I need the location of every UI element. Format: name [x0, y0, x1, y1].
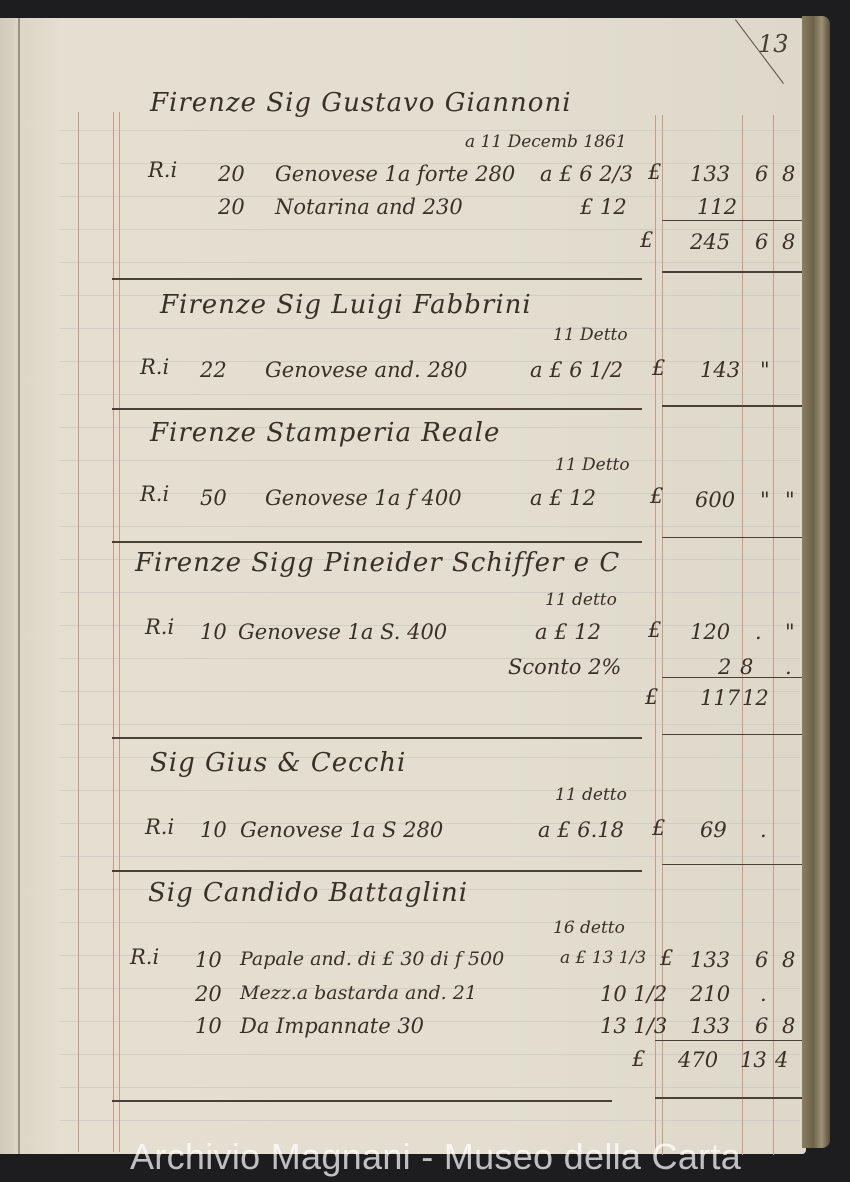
currency-symbol: £: [632, 1047, 645, 1071]
line-cents: 6: [755, 1014, 768, 1038]
line-qty: 10: [195, 1014, 222, 1038]
entry-total-amount: 245: [690, 230, 730, 254]
entry-separator-amount: [662, 271, 802, 273]
line-sub: 8: [782, 162, 795, 186]
entry-total-cents: 13: [740, 1048, 767, 1072]
line-sub: 8: [782, 1014, 795, 1038]
entry-separator-amount: [655, 1097, 802, 1099]
line-cents: ": [760, 358, 770, 382]
entry-header: Firenze Sig Gustavo Giannoni: [150, 88, 572, 118]
entry-date: a 11 Decemb 1861: [465, 132, 627, 152]
line-desc: Genovese 1a S. 400: [238, 620, 447, 644]
line-qty: 20: [218, 162, 245, 186]
entry-separator-amount: [662, 405, 802, 407]
ruled-line: [60, 856, 800, 857]
line-prefix: R.i: [140, 355, 169, 379]
entry-separator-amount: [662, 734, 802, 735]
line-sub: ": [785, 620, 795, 644]
entry-total-sub: 4: [775, 1048, 788, 1072]
entry-date: 11 detto: [555, 785, 627, 805]
line-rate: a £ 6 2/3: [540, 162, 633, 186]
ruled-line: [60, 790, 800, 791]
line-rate: £ 12: [580, 195, 627, 219]
margin-rule-left-2: [113, 112, 114, 1152]
line-amount: 69: [700, 818, 727, 842]
archive-watermark: Archivio Magnani - Museo della Carta: [130, 1136, 741, 1178]
line-prefix: R.i: [130, 945, 159, 969]
line-cents: 6: [755, 162, 768, 186]
subtotal-rule: [655, 1040, 802, 1041]
entry-header: Firenze Stamperia Reale: [150, 418, 500, 448]
line-sub: ": [785, 488, 795, 512]
ruled-line: [60, 1021, 800, 1022]
ruled-line: [60, 691, 800, 692]
entry-total-amount: 470: [678, 1048, 718, 1072]
line-qty: 20: [195, 982, 222, 1006]
line-qty: 20: [218, 195, 245, 219]
line-desc: Genovese 1a S 280: [240, 818, 443, 842]
currency-symbol: £: [660, 946, 673, 970]
line-desc: Genovese 1a f 400: [265, 486, 462, 510]
line-desc: Notarina and 230: [275, 195, 463, 219]
margin-rule-left: [78, 112, 79, 1152]
entry-header: Sig Gius & Cecchi: [150, 748, 406, 778]
line-cents: .: [760, 982, 767, 1006]
ruled-line: [60, 460, 800, 461]
entry-total-sub: 8: [782, 230, 795, 254]
ruled-line: [60, 328, 800, 329]
ruled-line: [60, 262, 800, 263]
currency-symbol: £: [652, 356, 665, 380]
entry-header: Firenze Sig Luigi Fabbrini: [160, 290, 532, 320]
ruled-line: [60, 1120, 800, 1121]
page-edge-stack: [802, 16, 830, 1148]
ruled-line: [60, 724, 800, 725]
entry-date: 11 Detto: [553, 325, 628, 345]
line-prefix: R.i: [145, 815, 174, 839]
entry-separator-amount: [662, 537, 802, 538]
ruled-line: [60, 922, 800, 923]
entry-separator: [112, 737, 642, 739]
entry-separator: [112, 278, 642, 280]
line-desc: Sconto 2%: [508, 655, 621, 679]
entry-separator: [112, 408, 642, 410]
entry-date: 16 detto: [553, 918, 625, 938]
line-amount: 2: [718, 655, 731, 679]
subtotal-rule: [662, 220, 802, 221]
line-amount: 210: [690, 982, 730, 1006]
line-amount: 600: [695, 488, 735, 512]
entry-total-cents: 6: [755, 230, 768, 254]
entry-total-amount: 117: [700, 686, 740, 710]
entry-date: 11 detto: [545, 590, 617, 610]
line-cents: ": [760, 488, 770, 512]
line-rate: a £ 12: [530, 486, 596, 510]
entry-separator: [112, 870, 642, 872]
entry-date: 11 Detto: [555, 455, 630, 475]
line-amount: 133: [690, 162, 730, 186]
line-rate: a £ 6 1/2: [530, 358, 623, 382]
line-cents: .: [760, 818, 767, 842]
ruled-line: [60, 394, 800, 395]
entry-separator-amount: [662, 864, 802, 865]
currency-symbol: £: [645, 685, 658, 709]
line-rate: a £ 12: [535, 620, 601, 644]
line-prefix: R.i: [148, 158, 177, 182]
line-qty: 10: [200, 620, 227, 644]
entry-separator: [112, 541, 642, 543]
line-qty: 50: [200, 486, 227, 510]
line-prefix: R.i: [140, 482, 169, 506]
currency-symbol: £: [650, 484, 663, 508]
line-amount: 143: [700, 358, 740, 382]
entry-header: Sig Candido Battaglini: [148, 878, 468, 908]
line-sub: .: [785, 655, 792, 679]
line-amount: 133: [690, 948, 730, 972]
currency-symbol: £: [648, 618, 661, 642]
line-desc: Papale and. di £ 30 di f 500: [240, 948, 504, 970]
ruled-line: [60, 592, 800, 593]
ruled-line: [60, 658, 800, 659]
entry-total-cents: 12: [742, 686, 769, 710]
line-qty: 10: [195, 948, 222, 972]
line-amount: 120: [690, 620, 730, 644]
line-rate: 10 1/2: [600, 982, 667, 1006]
ruled-line: [60, 229, 800, 230]
line-rate: 13 1/3: [600, 1014, 667, 1038]
line-desc: Mezz.a bastarda and. 21: [240, 982, 477, 1004]
currency-symbol: £: [648, 160, 661, 184]
line-desc: Genovese 1a forte 280: [275, 162, 515, 186]
line-amount: 133: [690, 1014, 730, 1038]
ruled-line: [60, 130, 800, 131]
currency-symbol: £: [640, 228, 653, 252]
line-prefix: R.i: [145, 615, 174, 639]
subtotal-rule: [662, 677, 802, 678]
line-desc: Da Impannate 30: [240, 1014, 424, 1038]
binding-spine: [18, 18, 20, 1154]
line-desc: Genovese and. 280: [265, 358, 467, 382]
line-rate: a £ 6.18: [538, 818, 624, 842]
line-sub: 8: [782, 948, 795, 972]
ruled-line: [60, 1087, 800, 1088]
page-number: 13: [758, 30, 789, 58]
margin-rule-left-3: [119, 112, 120, 1152]
currency-symbol: £: [652, 816, 665, 840]
line-cents: .: [755, 620, 762, 644]
line-amount: 112: [697, 195, 737, 219]
ruled-line: [60, 526, 800, 527]
line-cents: 8: [740, 655, 753, 679]
entry-separator: [112, 1100, 612, 1102]
line-qty: 22: [200, 358, 227, 382]
entry-header: Firenze Sigg Pineider Schiffer e C: [135, 548, 620, 578]
line-qty: 10: [200, 818, 227, 842]
line-rate: a £ 13 1/3: [560, 948, 646, 968]
line-cents: 6: [755, 948, 768, 972]
